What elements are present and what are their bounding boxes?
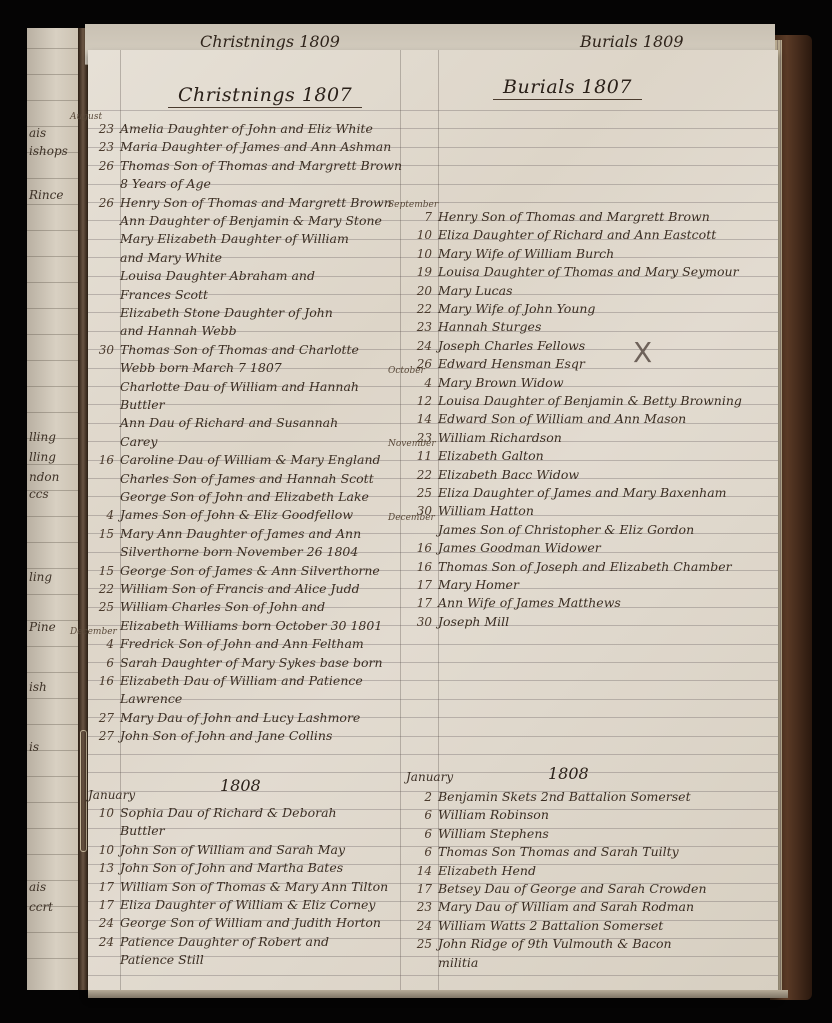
ruled-line: [88, 754, 778, 755]
christenings-title: Christnings 1807: [168, 84, 362, 108]
burial-entry: 26Edward Hensman Esqr: [402, 355, 585, 373]
christening-entry: 23Maria Daughter of James and Ann Ashman: [84, 138, 391, 156]
entry-text: William Richardson: [438, 429, 562, 447]
christening-entry: Charlotte Dau of William and Hannah: [84, 378, 359, 396]
left-page-text-fragment: lling: [29, 430, 56, 444]
entry-day: 20: [402, 282, 432, 300]
entry-day: 22: [84, 580, 114, 598]
entry-text: Betsey Dau of George and Sarah Crowden: [438, 880, 707, 898]
christening-entry: 17William Son of Thomas & Mary Ann Tilto…: [84, 878, 388, 896]
christening-entry: 16Caroline Dau of William & Mary England: [84, 451, 381, 469]
christening-entry: 22William Son of Francis and Alice Judd: [84, 580, 360, 598]
christening-entry: Ann Daughter of Benjamin & Mary Stone: [84, 212, 382, 230]
burial-entry: 6William Stephens: [402, 825, 549, 843]
burial-entry: 22Mary Wife of John Young: [402, 300, 595, 318]
entry-day: 16: [84, 451, 114, 469]
christening-entry: Buttler: [84, 822, 165, 840]
left-page-text-fragment: ish: [29, 680, 47, 694]
left-page-text-fragment: ais: [29, 126, 46, 140]
entry-day: 6: [402, 825, 432, 843]
entry-text: Webb born March 7 1807: [120, 359, 282, 377]
entry-day: 4: [84, 506, 114, 524]
entry-text: William Stephens: [438, 825, 549, 843]
entry-day: 23: [402, 318, 432, 336]
christening-entry: 13John Son of John and Martha Bates: [84, 859, 343, 877]
christening-entry: Ann Dau of Richard and Susannah: [84, 414, 338, 432]
entry-text: Mary Dau of John and Lucy Lashmore: [120, 709, 360, 727]
burial-entry: 22Elizabeth Bacc Widow: [402, 466, 579, 484]
underlying-burials-title: Burials 1809: [580, 32, 684, 51]
christening-entry: 27Mary Dau of John and Lucy Lashmore: [84, 709, 360, 727]
entry-text: William Watts 2 Battalion Somerset: [438, 917, 663, 935]
entry-day: 16: [84, 672, 114, 690]
entry-text: Caroline Dau of William & Mary England: [120, 451, 381, 469]
entry-text: Elizabeth Hend: [438, 862, 536, 880]
entry-text: 8 Years of Age: [120, 175, 211, 193]
entry-text: Buttler: [120, 396, 165, 414]
entry-text: Sarah Daughter of Mary Sykes base born: [120, 654, 383, 672]
christening-entry: 10Sophia Dau of Richard & Deborah: [84, 804, 337, 822]
entry-text: Edward Hensman Esqr: [438, 355, 585, 373]
christening-entry: December4Fredrick Son of John and Ann Fe…: [84, 635, 364, 653]
entry-day: 2: [402, 788, 432, 806]
entry-day: 6: [84, 654, 114, 672]
ruled-line: [27, 828, 85, 829]
left-page-text-fragment: ais: [29, 880, 46, 894]
page-bottom-edge: [88, 990, 788, 998]
burial-entry: 25Eliza Daughter of James and Mary Baxen…: [402, 484, 727, 502]
ruled-line: [27, 412, 85, 413]
entry-day: 14: [402, 410, 432, 428]
entry-day: 15: [84, 562, 114, 580]
left-page-text-fragment: ndon: [29, 470, 59, 484]
entry-text: Thomas Son of Thomas and Margrett Brown: [120, 157, 402, 175]
ruled-line: [88, 975, 778, 976]
burial-entry: 14Edward Son of William and Ann Mason: [402, 410, 686, 428]
entry-month: August: [70, 108, 102, 126]
entry-text: Louisa Daughter Abraham and: [120, 267, 315, 285]
ruled-line: [27, 776, 85, 777]
christening-entry: 30Thomas Son of Thomas and Charlotte: [84, 341, 359, 359]
entry-text: Frances Scott: [120, 286, 208, 304]
entry-text: Thomas Son of Thomas and Charlotte: [120, 341, 359, 359]
entry-day: 17: [402, 880, 432, 898]
entry-day: 27: [84, 709, 114, 727]
entry-day: 25: [402, 484, 432, 502]
burial-entry: 17Ann Wife of James Matthews: [402, 594, 621, 612]
entry-text: Elizabeth Stone Daughter of John: [120, 304, 333, 322]
christening-entry: Webb born March 7 1807: [84, 359, 282, 377]
ruled-line: [27, 568, 85, 569]
entry-text: Benjamin Skets 2nd Battalion Somerset: [438, 788, 691, 806]
ruled-line: [27, 854, 85, 855]
ruled-line: [27, 230, 85, 231]
left-page-text-fragment: ling: [29, 570, 52, 584]
entry-text: Buttler: [120, 822, 165, 840]
entry-day: 10: [84, 804, 114, 822]
entry-day: 17: [84, 878, 114, 896]
entry-day: 6: [402, 806, 432, 824]
left-page-text-fragment: lling: [29, 450, 56, 464]
ruled-line: [27, 204, 85, 205]
entry-day: 22: [402, 300, 432, 318]
entry-text: Thomas Son Thomas and Sarah Tuilty: [438, 843, 679, 861]
entry-day: 16: [402, 558, 432, 576]
christening-entry: 8 Years of Age: [84, 175, 211, 193]
christenings-month-january: January: [88, 788, 135, 802]
entry-day: 19: [402, 263, 432, 281]
christening-entry: Patience Still: [84, 951, 204, 969]
entry-day: 22: [402, 466, 432, 484]
entry-text: Thomas Son of Joseph and Elizabeth Chamb…: [438, 558, 732, 576]
entry-text: Joseph Charles Fellows: [438, 337, 585, 355]
burial-entry: 23Mary Dau of William and Sarah Rodman: [402, 898, 694, 916]
burial-entry: 17Betsey Dau of George and Sarah Crowden: [402, 880, 707, 898]
ruled-line: [27, 542, 85, 543]
ruled-line: [27, 100, 85, 101]
entry-text: Ann Daughter of Benjamin & Mary Stone: [120, 212, 382, 230]
entry-text: Edward Son of William and Ann Mason: [438, 410, 686, 428]
ruled-line: [27, 256, 85, 257]
entry-text: Elizabeth Dau of William and Patience: [120, 672, 363, 690]
ruled-line: [88, 699, 778, 700]
christening-entry: Carey: [84, 433, 157, 451]
burial-entry: October4Mary Brown Widow: [402, 374, 564, 392]
christening-entry: 26Thomas Son of Thomas and Margrett Brow…: [84, 157, 402, 175]
entry-text: Mary Wife of John Young: [438, 300, 595, 318]
entry-day: 26: [84, 194, 114, 212]
burial-entry: 20Mary Lucas: [402, 282, 512, 300]
entry-day: 6: [402, 843, 432, 861]
entry-text: Henry Son of Thomas and Margrett Brown: [120, 194, 392, 212]
entry-day: 25: [402, 935, 432, 953]
burial-entry: 16James Goodman Widower: [402, 539, 601, 557]
underlying-christenings-title: Christnings 1809: [200, 32, 340, 51]
burial-entry: November11Elizabeth Galton: [402, 447, 544, 465]
entry-day: 24: [84, 933, 114, 951]
ruled-line: [27, 958, 85, 959]
burial-entry: 6Thomas Son Thomas and Sarah Tuilty: [402, 843, 679, 861]
ruled-line: [27, 74, 85, 75]
burial-entry: 24William Watts 2 Battalion Somerset: [402, 917, 663, 935]
ruled-line: [27, 932, 85, 933]
christening-entry: Frances Scott: [84, 286, 208, 304]
christening-entry: George Son of John and Elizabeth Lake: [84, 488, 369, 506]
christening-entry: Mary Elizabeth Daughter of William: [84, 230, 349, 248]
burial-entry: 25John Ridge of 9th Vulmouth & Bacon: [402, 935, 672, 953]
entry-text: Mary Lucas: [438, 282, 512, 300]
burial-entry: 10Eliza Daughter of Richard and Ann East…: [402, 226, 716, 244]
entry-text: Charlotte Dau of William and Hannah: [120, 378, 359, 396]
christening-entry: Silverthorne born November 26 1804: [84, 543, 358, 561]
ruled-line: [27, 48, 85, 49]
christening-entry: Elizabeth Stone Daughter of John: [84, 304, 333, 322]
christening-entry: 27John Son of John and Jane Collins: [84, 727, 332, 745]
entry-text: Elizabeth Bacc Widow: [438, 466, 579, 484]
ruled-line: [27, 282, 85, 283]
entry-text: Amelia Daughter of John and Eliz White: [120, 120, 373, 138]
entry-text: James Son of John & Eliz Goodfellow: [120, 506, 353, 524]
christening-entry: Louisa Daughter Abraham and: [84, 267, 315, 285]
entry-text: John Son of John and Jane Collins: [120, 727, 332, 745]
christenings-year-1808: 1808: [220, 776, 261, 795]
entry-day: 14: [402, 862, 432, 880]
christening-entry: 15Mary Ann Daughter of James and Ann: [84, 525, 361, 543]
entry-text: William Son of Thomas & Mary Ann Tilton: [120, 878, 388, 896]
entry-text: James Goodman Widower: [438, 539, 601, 557]
entry-text: Mary Homer: [438, 576, 519, 594]
ruled-line: [27, 334, 85, 335]
burial-entry: 2Benjamin Skets 2nd Battalion Somerset: [402, 788, 691, 806]
burial-entry: 16Thomas Son of Joseph and Elizabeth Cha…: [402, 558, 732, 576]
christening-entry: 25William Charles Son of John and: [84, 598, 325, 616]
christening-entry: 15George Son of James & Ann Silverthorne: [84, 562, 380, 580]
ruled-line: [27, 308, 85, 309]
entry-text: Patience Daughter of Robert and: [120, 933, 329, 951]
entry-day: 27: [84, 727, 114, 745]
entry-text: William Hatton: [438, 502, 534, 520]
entry-text: John Son of William and Sarah May: [120, 841, 345, 859]
entry-text: William Robinson: [438, 806, 549, 824]
entry-day: 24: [402, 917, 432, 935]
entry-text: Joseph Mill: [438, 613, 509, 631]
entry-day: 13: [84, 859, 114, 877]
ruled-line: [27, 672, 85, 673]
entry-day: 10: [402, 245, 432, 263]
christening-entry: 16Elizabeth Dau of William and Patience: [84, 672, 363, 690]
entry-text: William Charles Son of John and: [120, 598, 325, 616]
entry-month: December: [70, 623, 117, 641]
ruled-line: [27, 724, 85, 725]
christening-entry: 6Sarah Daughter of Mary Sykes base born: [84, 654, 383, 672]
christening-entry: 24George Son of William and Judith Horto…: [84, 914, 381, 932]
entry-text: and Mary White: [120, 249, 222, 267]
christening-entry: 24Patience Daughter of Robert and: [84, 933, 329, 951]
entry-day: 17: [84, 896, 114, 914]
christening-entry: Charles Son of James and Hannah Scott: [84, 470, 374, 488]
entry-text: Silverthorne born November 26 1804: [120, 543, 358, 561]
burial-entry: 10Mary Wife of William Burch: [402, 245, 614, 263]
entry-day: 24: [402, 337, 432, 355]
entry-text: Mary Ann Daughter of James and Ann: [120, 525, 361, 543]
christening-entry: Lawrence: [84, 690, 182, 708]
christening-entry: and Mary White: [84, 249, 222, 267]
entry-text: John Ridge of 9th Vulmouth & Bacon: [438, 935, 672, 953]
entry-text: George Son of John and Elizabeth Lake: [120, 488, 369, 506]
entry-text: Mary Brown Widow: [438, 374, 564, 392]
entry-day: 23: [84, 138, 114, 156]
entry-month: December: [388, 509, 435, 527]
entry-day: 10: [402, 226, 432, 244]
ruled-line: [27, 594, 85, 595]
ruled-line: [27, 360, 85, 361]
left-page-text-fragment: is: [29, 740, 39, 754]
entry-text: militia: [438, 954, 478, 972]
burial-entry: DecemberJames Son of Christopher & Eliz …: [402, 521, 694, 539]
entry-day: 17: [402, 576, 432, 594]
entry-text: George Son of James & Ann Silverthorne: [120, 562, 380, 580]
entry-text: Lawrence: [120, 690, 182, 708]
entry-text: Hannah Sturges: [438, 318, 541, 336]
left-page-text-fragment: Rince: [29, 188, 63, 202]
christening-entry: and Hannah Webb: [84, 322, 237, 340]
entry-text: George Son of William and Judith Horton: [120, 914, 381, 932]
christening-entry: August23Amelia Daughter of John and Eliz…: [84, 120, 373, 138]
entry-text: Eliza Daughter of James and Mary Baxenha…: [438, 484, 727, 502]
entry-month: October: [388, 362, 425, 380]
entry-text: Mary Wife of William Burch: [438, 245, 614, 263]
burial-entry: militia: [402, 954, 478, 972]
burials-month-january: January: [406, 770, 453, 784]
entry-day: 30: [84, 341, 114, 359]
burial-entry: September7Henry Son of Thomas and Margre…: [402, 208, 710, 226]
entry-day: 15: [84, 525, 114, 543]
entry-text: Ann Dau of Richard and Susannah: [120, 414, 338, 432]
entry-text: Fredrick Son of John and Ann Feltham: [120, 635, 364, 653]
entry-day: 26: [84, 157, 114, 175]
entry-month: September: [388, 196, 438, 214]
left-page-text-fragment: ccs: [29, 487, 49, 501]
left-page-text-fragment: ccrt: [29, 900, 53, 914]
burial-entry: 17Mary Homer: [402, 576, 519, 594]
entry-text: Mary Elizabeth Daughter of William: [120, 230, 349, 248]
burial-entry: 30Joseph Mill: [402, 613, 509, 631]
burial-entry: 12Louisa Daughter of Benjamin & Betty Br…: [402, 392, 742, 410]
entry-text: Louisa Daughter of Benjamin & Betty Brow…: [438, 392, 742, 410]
entry-day: 16: [402, 539, 432, 557]
burials-year-1808: 1808: [548, 764, 589, 783]
entry-day: 30: [402, 613, 432, 631]
entry-text: Maria Daughter of James and Ann Ashman: [120, 138, 391, 156]
entry-text: John Son of John and Martha Bates: [120, 859, 343, 877]
christening-entry: Buttler: [84, 396, 165, 414]
entry-text: James Son of Christopher & Eliz Gordon: [438, 521, 694, 539]
entry-text: Elizabeth Galton: [438, 447, 544, 465]
burial-entry: 14Elizabeth Hend: [402, 862, 536, 880]
ruled-line: [27, 516, 85, 517]
christening-entry: 4James Son of John & Eliz Goodfellow: [84, 506, 353, 524]
entry-text: Elizabeth Williams born October 30 1801: [120, 617, 382, 635]
entry-text: Mary Dau of William and Sarah Rodman: [438, 898, 694, 916]
entry-text: Eliza Daughter of Richard and Ann Eastco…: [438, 226, 716, 244]
entry-day: 24: [84, 914, 114, 932]
left-page-text-fragment: ishops: [29, 144, 68, 158]
entry-text: William Son of Francis and Alice Judd: [120, 580, 360, 598]
ruled-line: [27, 178, 85, 179]
burial-entry: 23Hannah Sturges: [402, 318, 541, 336]
ruled-line: [27, 386, 85, 387]
burials-title: Burials 1807: [493, 76, 642, 100]
entry-day: 12: [402, 392, 432, 410]
entry-text: Ann Wife of James Matthews: [438, 594, 621, 612]
left-facing-page: aisishopsRincellingllingndonccslingPinei…: [27, 28, 85, 990]
ruled-line: [27, 802, 85, 803]
annotation-x-mark: X: [633, 336, 652, 369]
entry-text: Carey: [120, 433, 157, 451]
entry-text: Eliza Daughter of William & Eliz Corney: [120, 896, 375, 914]
ruled-line: [27, 646, 85, 647]
entry-text: Patience Still: [120, 951, 204, 969]
entry-text: Sophia Dau of Richard & Deborah: [120, 804, 337, 822]
christening-entry: 17Eliza Daughter of William & Eliz Corne…: [84, 896, 375, 914]
entry-text: Henry Son of Thomas and Margrett Brown: [438, 208, 710, 226]
entry-day: 23: [402, 898, 432, 916]
entry-text: Charles Son of James and Hannah Scott: [120, 470, 374, 488]
ruled-line: [27, 698, 85, 699]
entry-text: and Hannah Webb: [120, 322, 237, 340]
ruled-line: [27, 464, 85, 465]
register-page: Christnings 1807 Burials 1807 August23Am…: [88, 50, 778, 995]
entry-day: 17: [402, 594, 432, 612]
christening-entry: 10John Son of William and Sarah May: [84, 841, 345, 859]
entry-month: November: [388, 435, 436, 453]
burial-entry: 6William Robinson: [402, 806, 549, 824]
christening-entry: 26Henry Son of Thomas and Margrett Brown: [84, 194, 392, 212]
entry-day: 25: [84, 598, 114, 616]
left-page-text-fragment: Pine: [29, 620, 56, 634]
burial-entry: 24Joseph Charles Fellows: [402, 337, 585, 355]
ruled-line: [88, 110, 778, 111]
entry-day: 10: [84, 841, 114, 859]
burial-entry: 19Louisa Daughter of Thomas and Mary Sey…: [402, 263, 739, 281]
entry-text: Louisa Daughter of Thomas and Mary Seymo…: [438, 263, 739, 281]
christening-entry: Elizabeth Williams born October 30 1801: [84, 617, 382, 635]
